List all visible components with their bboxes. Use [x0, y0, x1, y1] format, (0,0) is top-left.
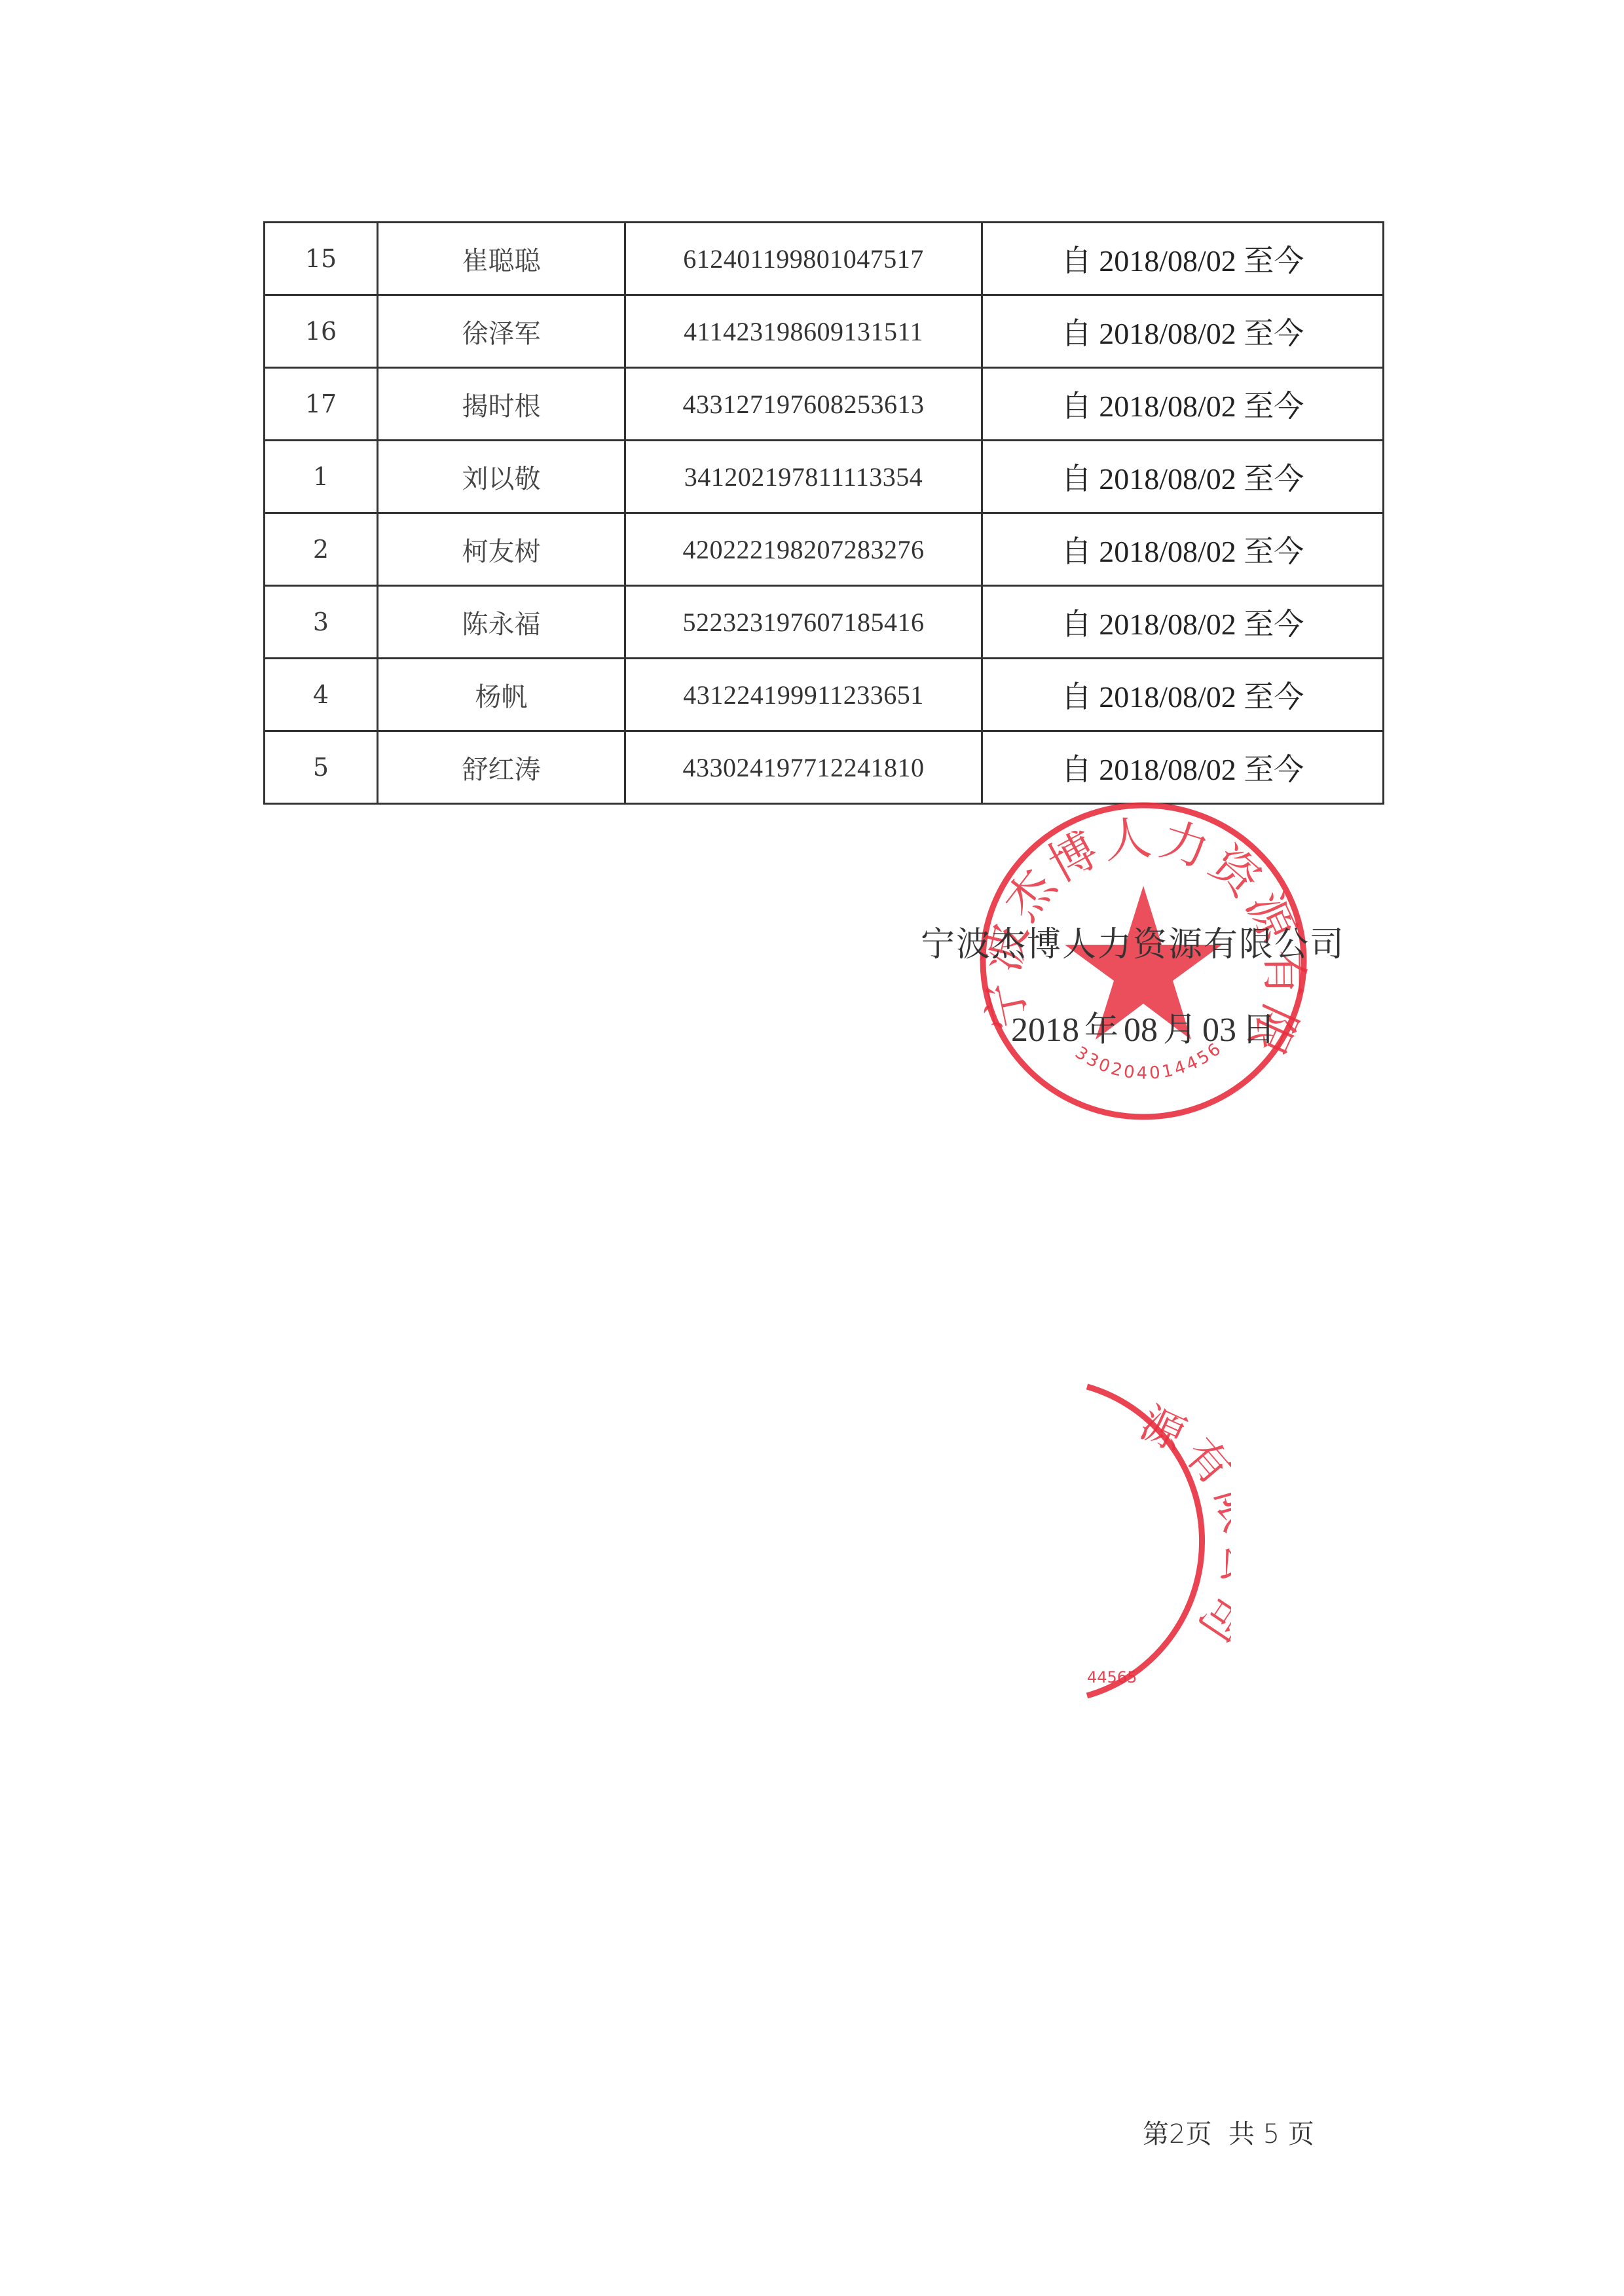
period-date: 2018/08/02: [1099, 390, 1236, 423]
table-row: 2 柯友树 420222198207283276 自 2018/08/02 至今: [265, 513, 1384, 586]
total-pages-label: 共 5 页: [1228, 2119, 1314, 2149]
date-day-unit: 日: [1242, 1011, 1276, 1049]
date-month-unit: 月: [1163, 1011, 1197, 1049]
row-number: 4: [265, 659, 378, 731]
employee-name: 柯友树: [378, 513, 625, 586]
page-number: 第2页 共 5 页: [1143, 2113, 1314, 2151]
employment-period: 自 2018/08/02 至今: [982, 441, 1384, 513]
row-number: 15: [265, 223, 378, 295]
period-suffix: 至今: [1244, 243, 1304, 278]
date-month: 08: [1124, 1011, 1158, 1049]
table-row: 16 徐泽军 411423198609131511 自 2018/08/02 至…: [265, 295, 1384, 368]
period-suffix: 至今: [1244, 316, 1304, 351]
signature-date: 2018年08月03日: [1008, 1002, 1278, 1051]
period-prefix: 自: [1061, 534, 1092, 569]
period-suffix: 至今: [1244, 461, 1304, 496]
date-year-unit: 年: [1084, 1011, 1118, 1049]
table-row: 17 揭时根 433127197608253613 自 2018/08/02 至…: [265, 368, 1384, 441]
employment-period: 自 2018/08/02 至今: [982, 223, 1384, 295]
id-number: 522323197607185416: [625, 586, 982, 659]
date-year: 2018: [1011, 1011, 1079, 1049]
period-prefix: 自: [1061, 461, 1092, 496]
employment-period: 自 2018/08/02 至今: [982, 659, 1384, 731]
id-number: 433024197712241810: [625, 731, 982, 804]
period-suffix: 至今: [1244, 679, 1304, 714]
id-number: 433127197608253613: [625, 368, 982, 441]
period-prefix: 自: [1061, 752, 1092, 787]
period-suffix: 至今: [1244, 534, 1304, 569]
period-date: 2018/08/02: [1099, 680, 1236, 714]
id-number: 341202197811113354: [625, 441, 982, 513]
id-number: 420222198207283276: [625, 513, 982, 586]
period-suffix: 至今: [1244, 606, 1304, 642]
period-prefix: 自: [1061, 606, 1092, 642]
period-suffix: 至今: [1244, 388, 1304, 424]
row-number: 5: [265, 731, 378, 804]
employee-name: 揭时根: [378, 368, 625, 441]
employee-name: 舒红涛: [378, 731, 625, 804]
period-date: 2018/08/02: [1099, 535, 1236, 568]
period-prefix: 自: [1061, 679, 1092, 714]
seal-partial-code: 44565: [1087, 1668, 1137, 1686]
employee-table: 15 崔聪聪 612401199801047517 自 2018/08/02 至…: [263, 221, 1384, 805]
period-suffix: 至今: [1244, 752, 1304, 787]
period-date: 2018/08/02: [1099, 753, 1236, 786]
table-row: 3 陈永福 522323197607185416 自 2018/08/02 至今: [265, 586, 1384, 659]
table-row: 4 杨帆 431224199911233651 自 2018/08/02 至今: [265, 659, 1384, 731]
employment-period: 自 2018/08/02 至今: [982, 513, 1384, 586]
table-row: 1 刘以敬 341202197811113354 自 2018/08/02 至今: [265, 441, 1384, 513]
period-date: 2018/08/02: [1099, 317, 1236, 350]
table-row: 15 崔聪聪 612401199801047517 自 2018/08/02 至…: [265, 223, 1384, 295]
period-prefix: 自: [1061, 243, 1092, 278]
employee-name: 杨帆: [378, 659, 625, 731]
period-prefix: 自: [1061, 388, 1092, 424]
id-number: 612401199801047517: [625, 223, 982, 295]
row-number: 3: [265, 586, 378, 659]
id-number: 411423198609131511: [625, 295, 982, 368]
employee-name: 刘以敬: [378, 441, 625, 513]
period-date: 2018/08/02: [1099, 462, 1236, 496]
row-number: 16: [265, 295, 378, 368]
employment-period: 自 2018/08/02 至今: [982, 368, 1384, 441]
employment-period: 自 2018/08/02 至今: [982, 586, 1384, 659]
row-number: 2: [265, 513, 378, 586]
employee-name: 崔聪聪: [378, 223, 625, 295]
company-signature: 宁波杰博人力资源有限公司: [921, 917, 1345, 966]
employment-period: 自 2018/08/02 至今: [982, 295, 1384, 368]
period-prefix: 自: [1061, 316, 1092, 351]
employee-name: 徐泽军: [378, 295, 625, 368]
date-day: 03: [1202, 1011, 1236, 1049]
page-label: 第2页: [1143, 2119, 1211, 2149]
table-row: 5 舒红涛 433024197712241810 自 2018/08/02 至今: [265, 731, 1384, 804]
period-date: 2018/08/02: [1099, 608, 1236, 641]
row-number: 1: [265, 441, 378, 513]
cross-page-seal: 源有限公司 44565: [1074, 1375, 1231, 1709]
id-number: 431224199911233651: [625, 659, 982, 731]
row-number: 17: [265, 368, 378, 441]
period-date: 2018/08/02: [1099, 244, 1236, 278]
employment-period: 自 2018/08/02 至今: [982, 731, 1384, 804]
employee-name: 陈永福: [378, 586, 625, 659]
